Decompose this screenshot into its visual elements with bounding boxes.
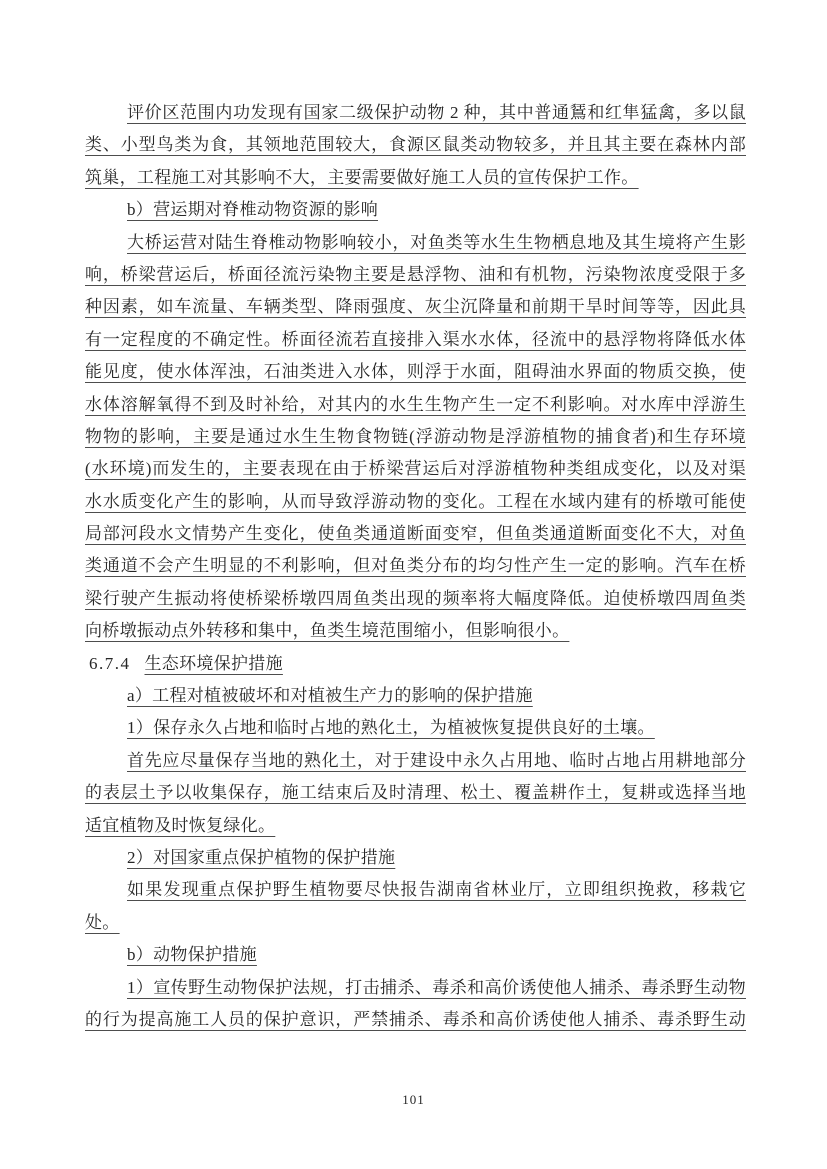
text-line: 首先应尽量保存当地的熟化土，对于建设中永久占用地、临时占地占用耕地部分 <box>85 745 746 777</box>
line-text: 的表层土予以收集保存，施工结束后及时清理、松土、覆盖耕作土，复耕或选择当地 <box>85 783 746 802</box>
text-line: b）营运期对脊椎动物资源的影响 <box>85 194 746 226</box>
text-line: 向桥墩振动点外转移和集中，鱼类生境范围缩小，但影响很小。 <box>85 615 746 647</box>
line-text: 类、小型鸟类为食，其领地范围较大，食源区鼠类动物较多，并且其主要在森林内部 <box>85 135 746 154</box>
line-text: 梁行驶产生振动将使桥梁桥墩四周鱼类出现的频率将大幅度降低。迫使桥墩四周鱼类 <box>85 589 746 608</box>
text-line: 水体溶解氧得不到及时补给，对其内的水生生物产生一定不利影响。对水库中浮游生 <box>85 389 746 421</box>
line-text: 种因素，如车流量、车辆类型、降雨强度、灰尘沉降量和前期干旱时间等等，因此具 <box>85 297 746 316</box>
line-text: 水体溶解氧得不到及时补给，对其内的水生生物产生一定不利影响。对水库中浮游生 <box>85 395 746 414</box>
line-text: b）动物保护措施 <box>127 945 257 964</box>
line-text: 物物的影响，主要是通过水生生物食物链(浮游动物是浮游植物的捕食者)和生存环境 <box>85 427 746 446</box>
line-text: 响，桥梁营运后，桥面径流污染物主要是悬浮物、油和有机物，污染物浓度受限于多 <box>85 265 746 284</box>
text-line: 物物的影响，主要是通过水生生物食物链(浮游动物是浮游植物的捕食者)和生存环境 <box>85 421 746 453</box>
line-text: 大桥运营对陆生脊椎动物影响较小，对鱼类等水生生物栖息地及其生境将产生影 <box>127 233 746 252</box>
line-text: 如果发现重点保护野生植物要尽快报告湖南省林业厅，立即组织挽救，移栽它 <box>127 880 746 899</box>
line-text: 2）对国家重点保护植物的保护措施 <box>127 848 395 867</box>
text-line: 响，桥梁营运后，桥面径流污染物主要是悬浮物、油和有机物，污染物浓度受限于多 <box>85 259 746 291</box>
page-number: 101 <box>0 1092 827 1108</box>
document-body: 评价区范围内功发现有国家二级保护动物 2 种，其中普通鵟和红隼猛禽，多以鼠类、小… <box>85 97 746 1036</box>
text-line: 评价区范围内功发现有国家二级保护动物 2 种，其中普通鵟和红隼猛禽，多以鼠 <box>85 97 746 129</box>
text-line: 适宜植物及时恢复绿化。 <box>85 810 746 842</box>
section-title: 生态环境保护措施 <box>145 654 283 673</box>
text-line: (水环境)而发生的，主要表现在由于桥梁营运后对浮游植物种类组成变化，以及对渠 <box>85 453 746 485</box>
section-heading: 6.7.4生态环境保护措施 <box>85 648 746 680</box>
text-line: 梁行驶产生振动将使桥梁桥墩四周鱼类出现的频率将大幅度降低。迫使桥墩四周鱼类 <box>85 583 746 615</box>
text-line: 的行为提高施工人员的保护意识，严禁捕杀、毒杀和高价诱使他人捕杀、毒杀野生动 <box>85 1004 746 1036</box>
document-page: 评价区范围内功发现有国家二级保护动物 2 种，其中普通鵟和红隼猛禽，多以鼠类、小… <box>0 0 827 1169</box>
text-line: 2）对国家重点保护植物的保护措施 <box>85 842 746 874</box>
text-line: 种因素，如车流量、车辆类型、降雨强度、灰尘沉降量和前期干旱时间等等，因此具 <box>85 291 746 323</box>
text-line: 大桥运营对陆生脊椎动物影响较小，对鱼类等水生生物栖息地及其生境将产生影 <box>85 227 746 259</box>
line-text: 适宜植物及时恢复绿化。 <box>85 816 275 835</box>
text-line: 有一定程度的不确定性。桥面径流若直接排入渠水水体，径流中的悬浮物将降低水体 <box>85 324 746 356</box>
text-line: 1）宣传野生动物保护法规，打击捕杀、毒杀和高价诱使他人捕杀、毒杀野生动物 <box>85 972 746 1004</box>
line-text: 局部河段水文情势产生变化，使鱼类通道断面变窄，但鱼类通道断面变化不大，对鱼 <box>85 524 746 543</box>
text-line: 水水质变化产生的影响，从而导致浮游动物的变化。工程在水域内建有的桥墩可能使 <box>85 486 746 518</box>
text-line: 处。 <box>85 907 746 939</box>
text-line: a）工程对植被破坏和对植被生产力的影响的保护措施 <box>85 680 746 712</box>
text-line: 筑巢，工程施工对其影响不大，主要需要做好施工人员的宣传保护工作。 <box>85 162 746 194</box>
line-text: 向桥墩振动点外转移和集中，鱼类生境范围缩小，但影响很小。 <box>85 621 569 640</box>
text-line: 类、小型鸟类为食，其领地范围较大，食源区鼠类动物较多，并且其主要在森林内部 <box>85 129 746 161</box>
section-number: 6.7.4 <box>89 654 131 673</box>
line-text: 评价区范围内功发现有国家二级保护动物 2 种，其中普通鵟和红隼猛禽，多以鼠 <box>127 103 746 122</box>
line-text: 筑巢，工程施工对其影响不大，主要需要做好施工人员的宣传保护工作。 <box>85 168 639 187</box>
line-text: b）营运期对脊椎动物资源的影响 <box>127 200 378 219</box>
line-text: 的行为提高施工人员的保护意识，严禁捕杀、毒杀和高价诱使他人捕杀、毒杀野生动 <box>85 1010 746 1029</box>
line-text: 1）宣传野生动物保护法规，打击捕杀、毒杀和高价诱使他人捕杀、毒杀野生动物 <box>127 978 746 997</box>
line-text: (水环境)而发生的，主要表现在由于桥梁营运后对浮游植物种类组成变化，以及对渠 <box>85 459 746 478</box>
text-line: 的表层土予以收集保存，施工结束后及时清理、松土、覆盖耕作土，复耕或选择当地 <box>85 777 746 809</box>
line-text: a）工程对植被破坏和对植被生产力的影响的保护措施 <box>127 686 533 705</box>
text-line: 局部河段水文情势产生变化，使鱼类通道断面变窄，但鱼类通道断面变化不大，对鱼 <box>85 518 746 550</box>
line-text: 1）保存永久占地和临时占地的熟化土，为植被恢复提供良好的土壤。 <box>127 718 655 737</box>
text-line: 类通道不会产生明显的不利影响，但对鱼类分布的均匀性产生一定的影响。汽车在桥 <box>85 550 746 582</box>
line-text: 水水质变化产生的影响，从而导致浮游动物的变化。工程在水域内建有的桥墩可能使 <box>85 492 746 511</box>
text-line: b）动物保护措施 <box>85 939 746 971</box>
line-text: 类通道不会产生明显的不利影响，但对鱼类分布的均匀性产生一定的影响。汽车在桥 <box>85 556 746 575</box>
line-text: 处。 <box>85 913 120 932</box>
text-line: 如果发现重点保护野生植物要尽快报告湖南省林业厅，立即组织挽救，移栽它 <box>85 874 746 906</box>
text-line: 能见度，使水体浑浊，石油类进入水体，则浮于水面，阻碍油水界面的物质交换，使 <box>85 356 746 388</box>
line-text: 首先应尽量保存当地的熟化土，对于建设中永久占用地、临时占地占用耕地部分 <box>127 751 746 770</box>
text-line: 1）保存永久占地和临时占地的熟化土，为植被恢复提供良好的土壤。 <box>85 712 746 744</box>
line-text: 能见度，使水体浑浊，石油类进入水体，则浮于水面，阻碍油水界面的物质交换，使 <box>85 362 746 381</box>
line-text: 有一定程度的不确定性。桥面径流若直接排入渠水水体，径流中的悬浮物将降低水体 <box>85 330 746 349</box>
